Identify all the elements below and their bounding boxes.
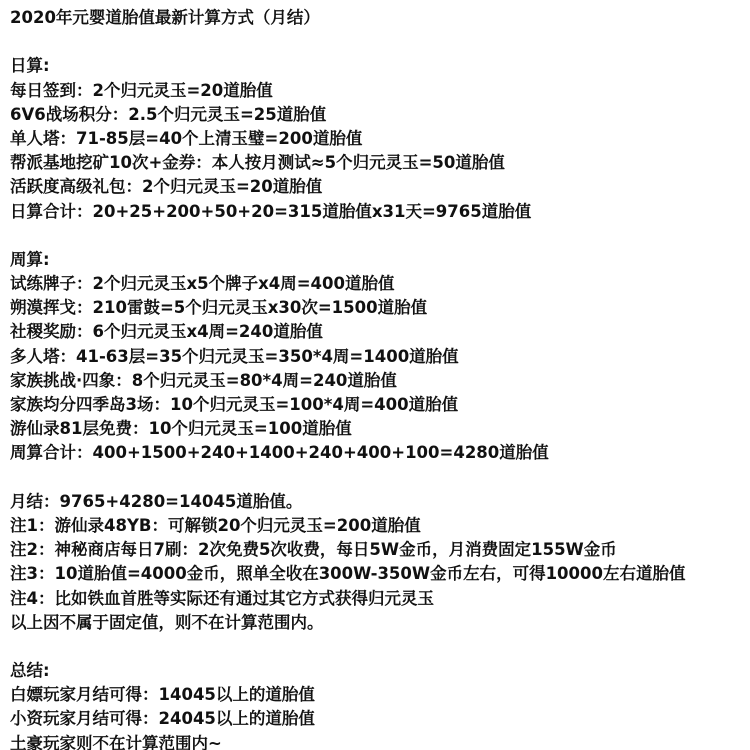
daily-line: 每日签到：2个归元灵玉=20道胎值	[10, 79, 745, 103]
daily-total: 日算合计：20+25+200+50+20=315道胎值x31天=9765道胎值	[10, 200, 745, 224]
note-line: 注3：10道胎值=4000金币，照单全收在300W-350W金币左右，可得100…	[10, 562, 745, 586]
summary-line: 小资玩家月结可得：24045以上的道胎值	[10, 707, 745, 731]
daily-line: 单人塔：71-85层=40个上清玉璧=200道胎值	[10, 127, 745, 151]
document: 2020年元婴道胎值最新计算方式（月结） 日算: 每日签到：2个归元灵玉=20道…	[10, 6, 745, 750]
spacer	[10, 30, 745, 54]
weekly-line: 试练牌子：2个归元灵玉x5个牌子x4周=400道胎值	[10, 272, 745, 296]
daily-line: 活跃度高级礼包：2个归元灵玉=20道胎值	[10, 175, 745, 199]
daily-line: 6V6战场积分：2.5个归元灵玉=25道胎值	[10, 103, 745, 127]
section-heading-summary: 总结:	[10, 659, 745, 683]
daily-section: 日算: 每日签到：2个归元灵玉=20道胎值 6V6战场积分：2.5个归元灵玉=2…	[10, 54, 745, 223]
weekly-line: 家族挑战·四象：8个归元灵玉=80*4周=240道胎值	[10, 369, 745, 393]
note-line: 注1：游仙录48YB：可解锁20个归元灵玉=200道胎值	[10, 514, 745, 538]
weekly-line: 社稷奖励：6个归元灵玉x4周=240道胎值	[10, 320, 745, 344]
summary-line: 土豪玩家则不在计算范围内~	[10, 732, 745, 750]
weekly-line: 家族均分四季岛3场：10个归元灵玉=100*4周=400道胎值	[10, 393, 745, 417]
summary-line: 白嫖玩家月结可得：14045以上的道胎值	[10, 683, 745, 707]
note-line: 注2：神秘商店每日7刷：2次免费5次收费，每日5W金币，月消费固定155W金币	[10, 538, 745, 562]
section-heading-daily: 日算:	[10, 54, 745, 78]
weekly-line: 朔漠挥戈：210雷鼓=5个归元灵玉x30次=1500道胎值	[10, 296, 745, 320]
monthly-total: 月结：9765+4280=14045道胎值。	[10, 490, 745, 514]
spacer	[10, 224, 745, 248]
weekly-section: 周算: 试练牌子：2个归元灵玉x5个牌子x4周=400道胎值 朔漠挥戈：210雷…	[10, 248, 745, 466]
daily-line: 帮派基地挖矿10次+金券：本人按月测试≈5个归元灵玉=50道胎值	[10, 151, 745, 175]
spacer	[10, 466, 745, 490]
note-line: 以上因不属于固定值，则不在计算范围内。	[10, 611, 745, 635]
weekly-total: 周算合计：400+1500+240+1400+240+400+100=4280道…	[10, 441, 745, 465]
weekly-line: 多人塔：41-63层=35个归元灵玉=350*4周=1400道胎值	[10, 345, 745, 369]
summary-section: 总结: 白嫖玩家月结可得：14045以上的道胎值 小资玩家月结可得：24045以…	[10, 659, 745, 750]
document-title: 2020年元婴道胎值最新计算方式（月结）	[10, 6, 745, 30]
spacer	[10, 635, 745, 659]
monthly-section: 月结：9765+4280=14045道胎值。 注1：游仙录48YB：可解锁20个…	[10, 490, 745, 635]
section-heading-weekly: 周算:	[10, 248, 745, 272]
weekly-line: 游仙录81层免费：10个归元灵玉=100道胎值	[10, 417, 745, 441]
note-line: 注4：比如铁血首胜等实际还有通过其它方式获得归元灵玉	[10, 587, 745, 611]
